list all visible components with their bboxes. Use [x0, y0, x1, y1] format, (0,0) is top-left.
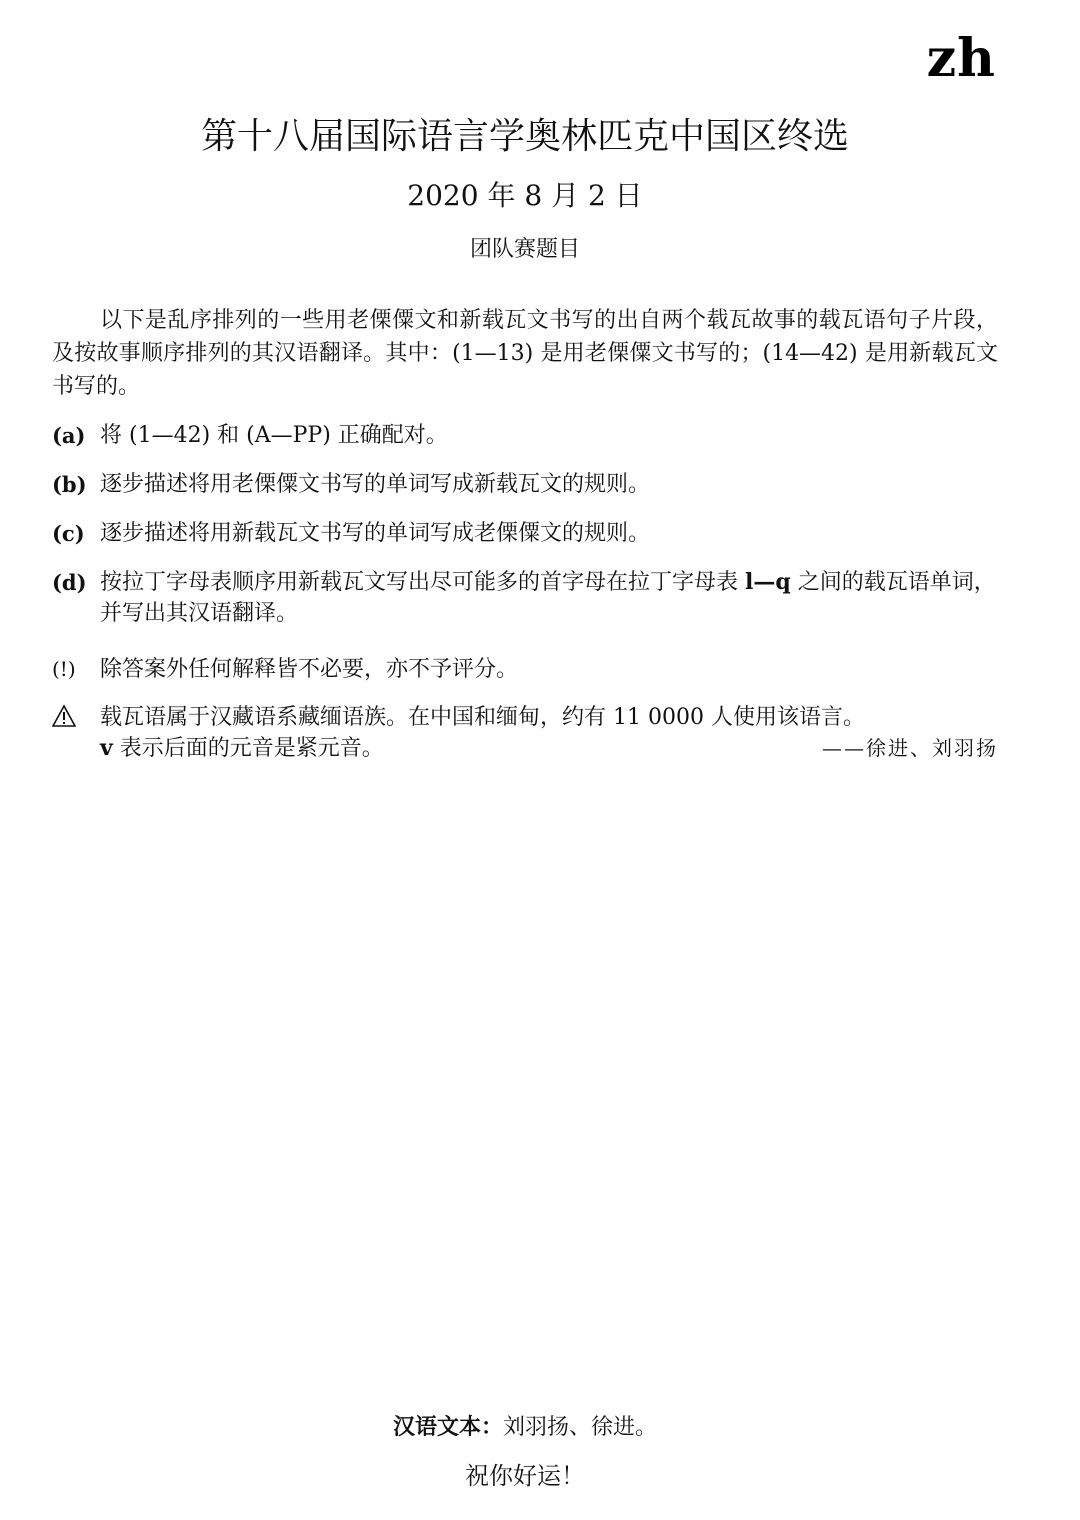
- task-label: (a): [52, 420, 100, 451]
- problem-authors: ——徐进、刘羽扬: [822, 733, 998, 764]
- task-label: (d): [52, 567, 100, 629]
- note-language-info: 载瓦语属于汉藏语系藏缅语族。在中国和缅甸，约有 11 0000 人使用该语言。 …: [52, 702, 998, 764]
- note-line-2: v 表示后面的元音是紧元音。 ——徐进、刘羽扬: [100, 733, 998, 764]
- tense-vowel-note: v 表示后面的元音是紧元音。: [100, 733, 384, 764]
- exclamation-label: (!): [52, 654, 100, 685]
- footer-credit: 汉语文本：刘羽扬、徐进。: [0, 1410, 1050, 1441]
- note-text: 除答案外任何解释皆不必要，亦不予评分。: [100, 654, 998, 685]
- page-title: 第十八届国际语言学奥林匹克中国区终选: [0, 108, 1050, 159]
- task-text: 按拉丁字母表顺序用新载瓦文写出尽可能多的首字母在拉丁字母表 l—q 之间的载瓦语…: [100, 567, 998, 629]
- page-subtitle: 团队赛题目: [0, 232, 1050, 263]
- warning-triangle-icon: [52, 704, 76, 728]
- tense-vowel-text: 表示后面的元音是紧元音。: [113, 736, 384, 761]
- exam-date: 2020 年 8 月 2 日: [0, 174, 1050, 214]
- task-label: (c): [52, 518, 100, 549]
- note-no-explanation: (!) 除答案外任何解释皆不必要，亦不予评分。: [52, 654, 998, 685]
- task-text: 将 (1—42) 和 (A—PP) 正确配对。: [100, 420, 998, 451]
- task-a: (a) 将 (1—42) 和 (A—PP) 正确配对。: [52, 420, 998, 451]
- task-text: 逐步描述将用新载瓦文书写的单词写成老傈僳文的规则。: [100, 518, 998, 549]
- task-label: (b): [52, 469, 100, 500]
- note-line-1: 载瓦语属于汉藏语系藏缅语族。在中国和缅甸，约有 11 0000 人使用该语言。: [100, 702, 998, 733]
- task-text-part: 按拉丁字母表顺序用新载瓦文写出尽可能多的首字母在拉丁字母表: [100, 570, 745, 595]
- intro-paragraph: 以下是乱序排列的一些用老傈僳文和新载瓦文书写的出自两个载瓦故事的载瓦语句子片段，…: [52, 304, 998, 403]
- letter-range: l—q: [745, 569, 791, 595]
- warning-label: [52, 702, 100, 764]
- task-text: 逐步描述将用老傈僳文书写的单词写成新载瓦文的规则。: [100, 469, 998, 500]
- task-c: (c) 逐步描述将用新载瓦文书写的单词写成老傈僳文的规则。: [52, 518, 998, 549]
- credit-names: 刘羽扬、徐进。: [503, 1415, 657, 1440]
- note-body: 载瓦语属于汉藏语系藏缅语族。在中国和缅甸，约有 11 0000 人使用该语言。 …: [100, 702, 998, 764]
- credit-label: 汉语文本：: [393, 1414, 503, 1440]
- task-b: (b) 逐步描述将用老傈僳文书写的单词写成新载瓦文的规则。: [52, 469, 998, 500]
- good-luck-message: 祝你好运！: [0, 1456, 1050, 1491]
- language-tag: zh: [927, 28, 996, 89]
- task-d: (d) 按拉丁字母表顺序用新载瓦文写出尽可能多的首字母在拉丁字母表 l—q 之间…: [52, 567, 998, 629]
- v-marker: v: [100, 735, 113, 761]
